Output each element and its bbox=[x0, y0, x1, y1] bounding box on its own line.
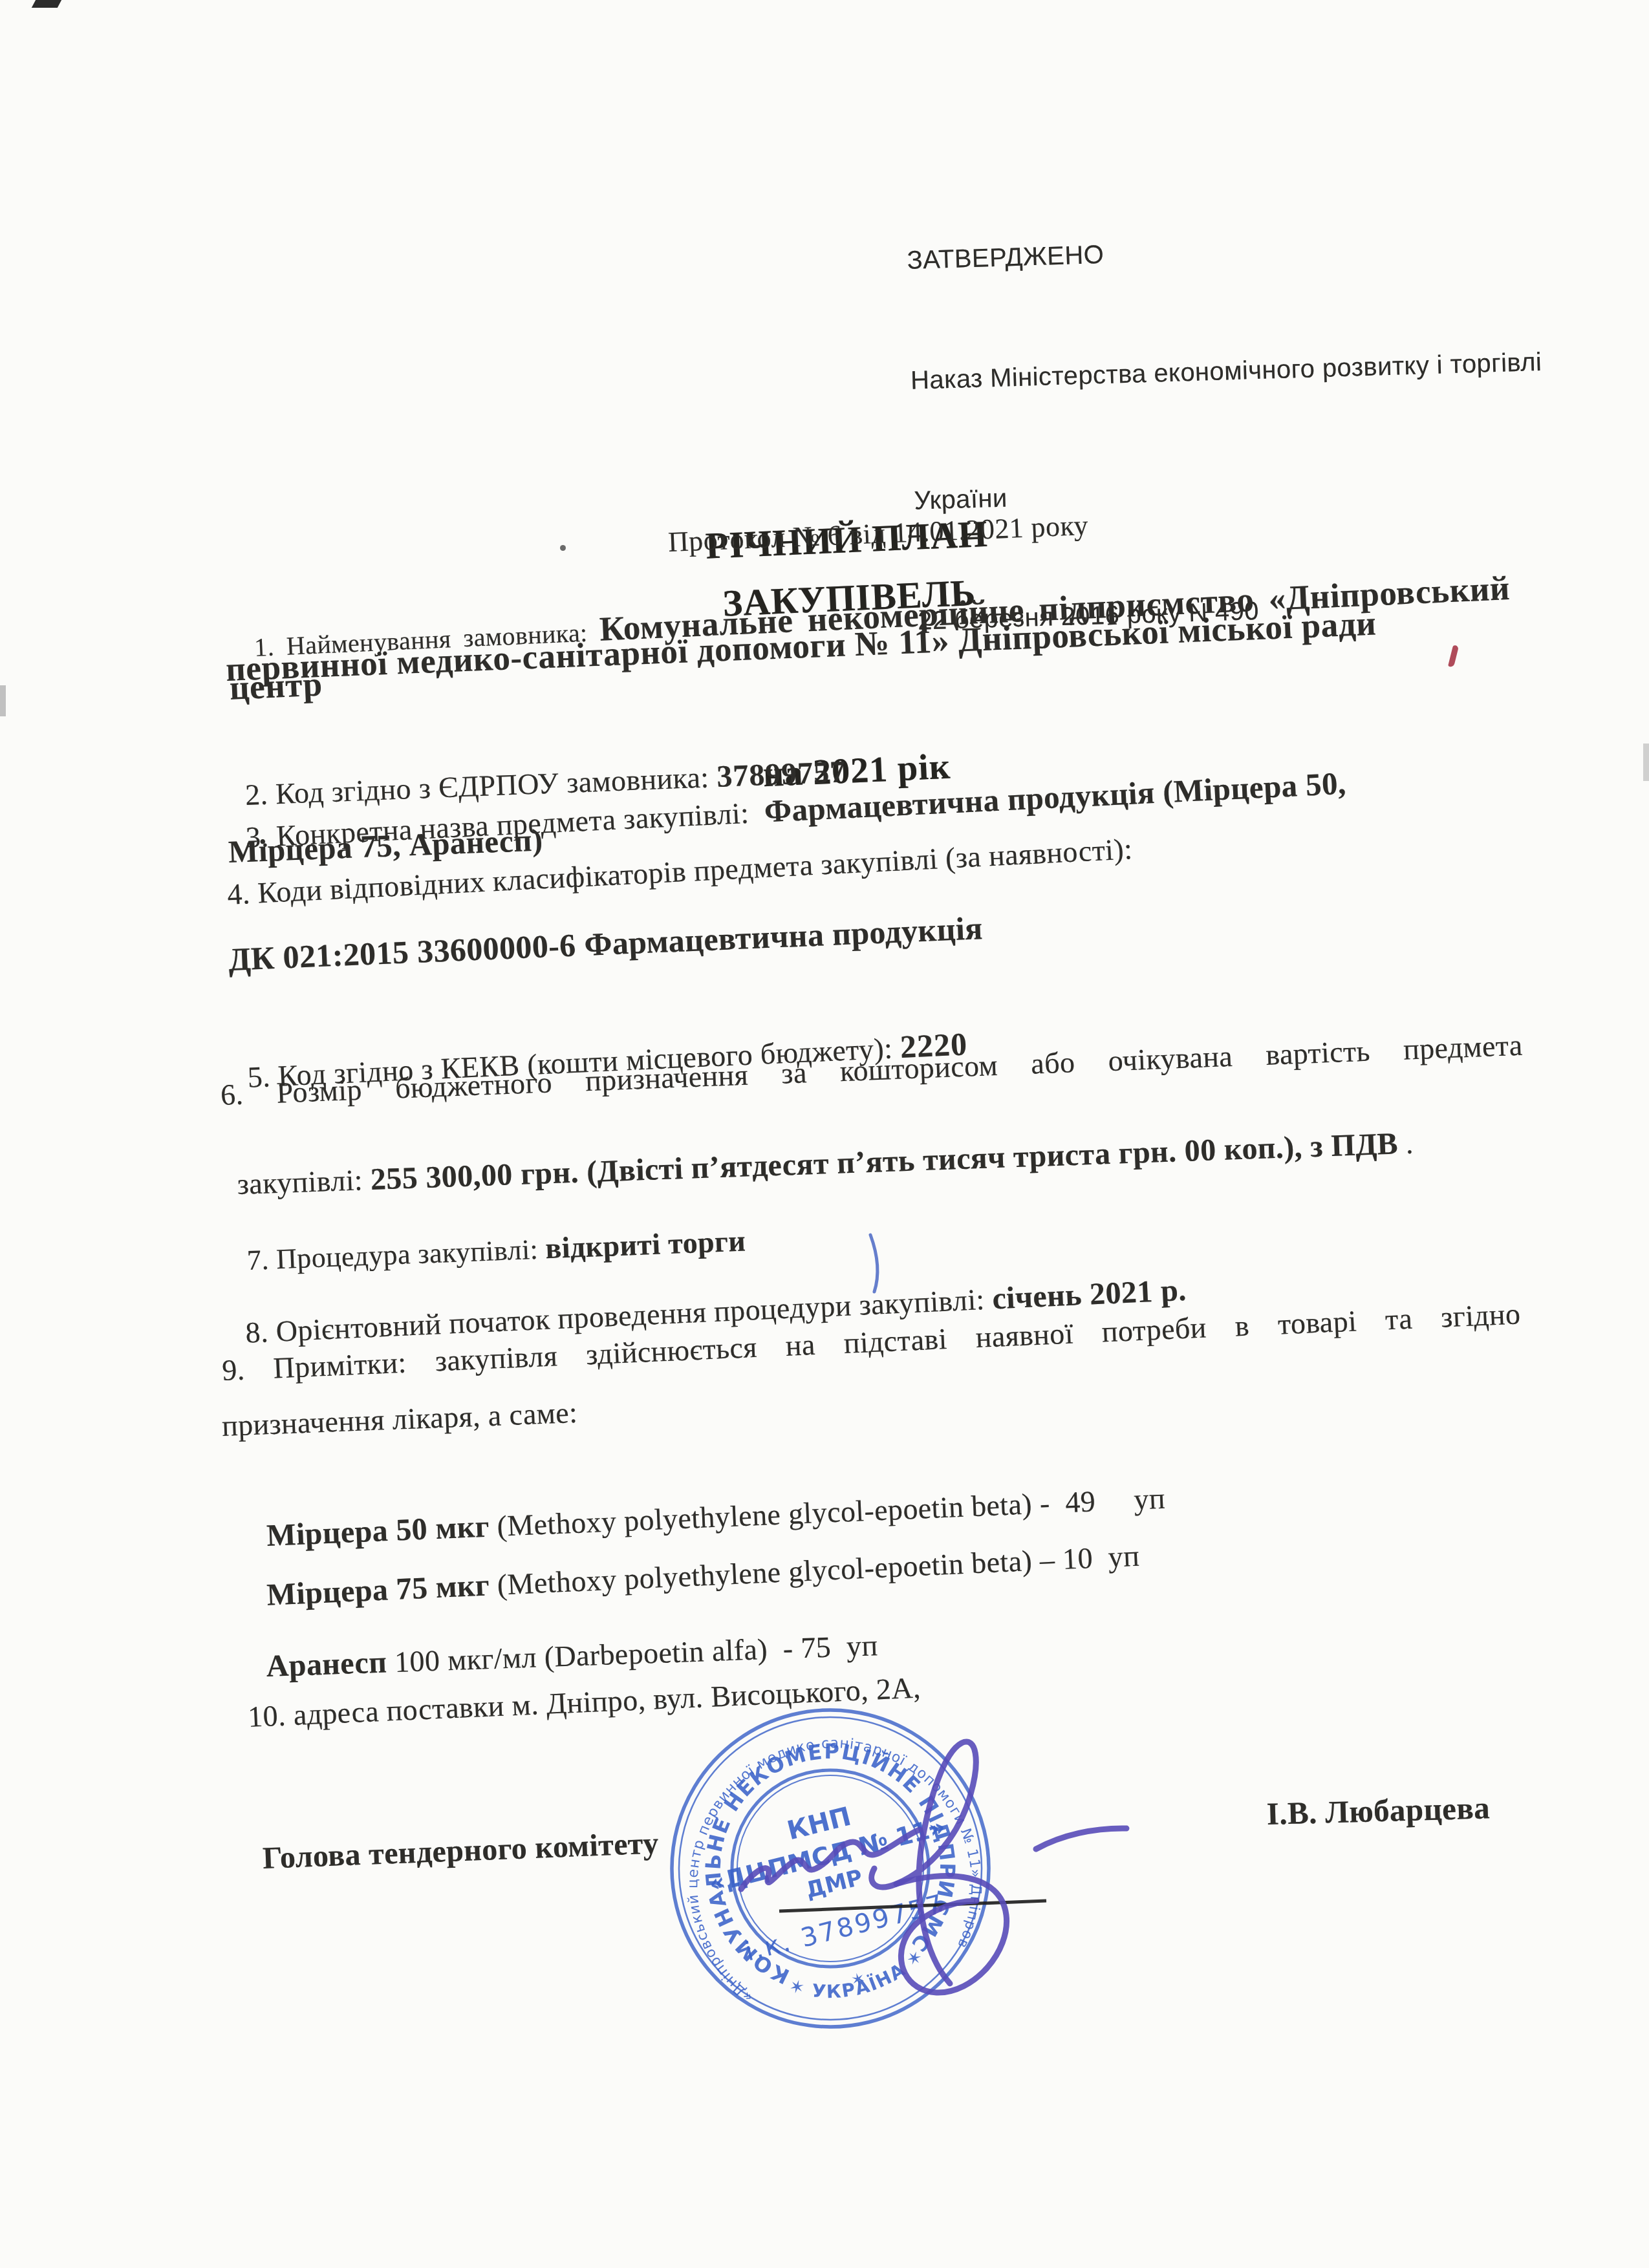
field-6-suffix: . bbox=[1397, 1127, 1414, 1161]
stamp-and-signature-overlay: «Дніпровський центр первинної медико-сан… bbox=[614, 1655, 1196, 2082]
scan-edge-artifact bbox=[0, 685, 6, 716]
scan-edge-artifact bbox=[32, 0, 61, 8]
medication-name: Аранесп bbox=[266, 1645, 387, 1684]
round-seal-stamp: «Дніпровський центр первинної медико-сан… bbox=[638, 1676, 1022, 2060]
signatory-role: Голова тендерного комітету bbox=[262, 1824, 660, 1878]
signatory-name: І.В. Любарцева bbox=[1266, 1788, 1491, 1833]
pen-mark bbox=[860, 1230, 899, 1301]
field-9-line-2: призначення лікаря, а саме: bbox=[221, 1395, 578, 1444]
scan-edge-artifact bbox=[1643, 744, 1649, 781]
dk-classifier-code: ДК 021:2015 33600000-6 Фармацевтична про… bbox=[228, 908, 984, 979]
ink-speck bbox=[560, 545, 566, 551]
field-8-value: січень 2021 р. bbox=[991, 1273, 1187, 1316]
scanned-document-page: { "approval": { "lines": [ "ЗАТВЕРДЖЕНО"… bbox=[0, 0, 1649, 2268]
approval-line-1: ЗАТВЕРДЖЕНО bbox=[907, 221, 1560, 281]
field-6-prefix: закупівлі: bbox=[237, 1163, 371, 1201]
field-6-value: 255 300,00 грн. (Двісті п’ятдесят п’ять … bbox=[370, 1127, 1399, 1197]
pen-dash-stroke bbox=[1036, 1828, 1126, 1849]
